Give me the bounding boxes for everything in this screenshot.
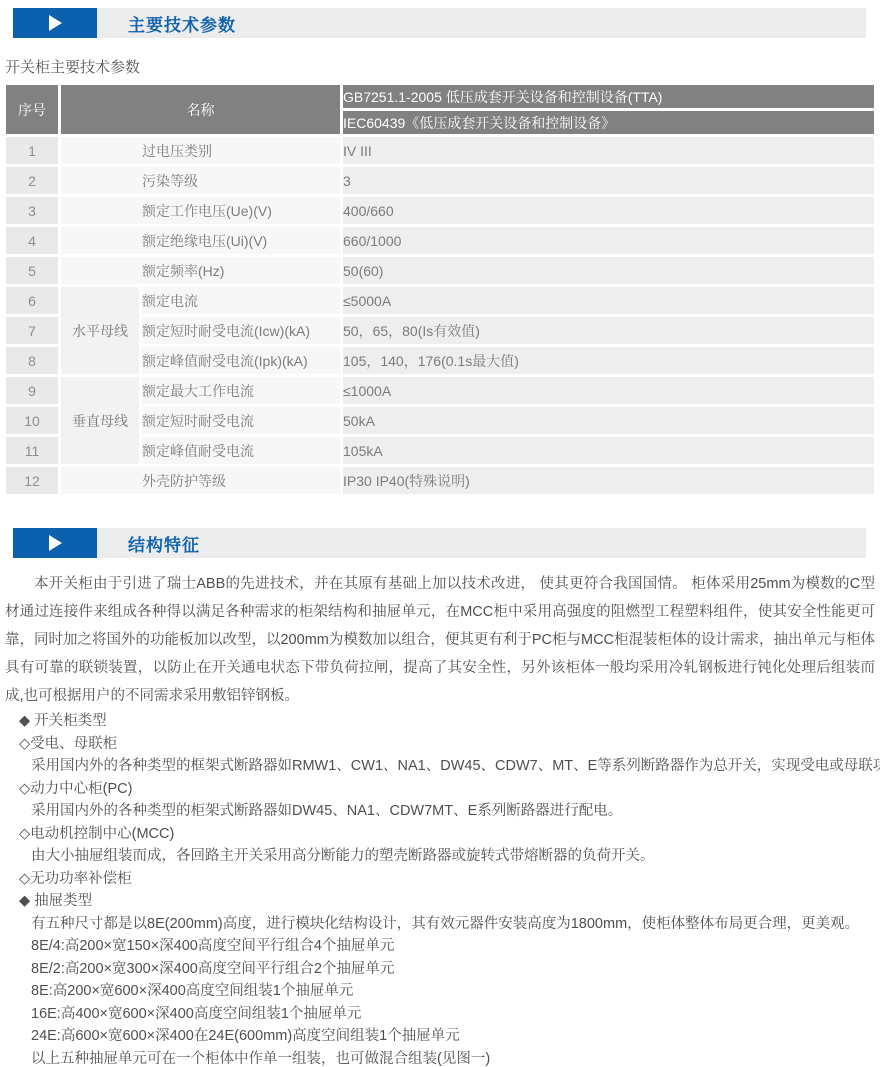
table-head: 序号 名称 GB7251.1-2005 低压成套开关设备和控制设备(TTA) I… <box>6 85 874 134</box>
table-row: 6水平母线额定电流≤5000A <box>6 287 874 314</box>
section-arrow-box <box>13 8 97 38</box>
row-serial: 6 <box>6 287 58 314</box>
table-row: 2污染等级3 <box>6 167 874 194</box>
feature-line-plain: 有五种尺寸都是以8E(200mm)高度，进行模块化结构设计，其有效元器件安装高度… <box>5 913 875 936</box>
section-title-structure: 结构特征 <box>128 531 200 556</box>
row-serial: 10 <box>6 407 58 434</box>
row-name: 污染等级 <box>61 167 340 194</box>
row-serial: 7 <box>6 317 58 344</box>
row-value: ≤5000A <box>343 287 874 314</box>
feature-line-plain: 24E:高600×宽600×深400在24E(600mm)高度空间组装1个抽屉单… <box>5 1025 875 1048</box>
row-serial: 12 <box>6 467 58 494</box>
row-value: 50(60) <box>343 257 874 284</box>
structure-features-section: 本开关柜由于引进了瑞士ABB的先进技术，并在其原有基础上加以技术改进， 使其更符… <box>5 570 875 1067</box>
row-name: 额定峰值耐受电流 <box>142 437 340 464</box>
intro-paragraph: 本开关柜由于引进了瑞士ABB的先进技术，并在其原有基础上加以技术改进， 使其更符… <box>5 570 875 710</box>
row-value: 660/1000 <box>343 227 874 254</box>
header-cell-standard-iec: IEC60439《低压成套开关设备和控制设备》 <box>343 111 874 134</box>
row-value: 400/660 <box>343 197 874 224</box>
header-cell-name: 名称 <box>61 85 340 134</box>
header-cell-serial: 序号 <box>6 85 58 134</box>
row-value: 50kA <box>343 407 874 434</box>
row-value: IP30 IP40(特殊说明) <box>343 467 874 494</box>
section-header-params: 主要技术参数 <box>13 8 866 38</box>
feature-line-plain: 16E:高400×宽600×深400高度空间组装1个抽屉单元 <box>5 1003 875 1026</box>
feature-line-bullet-solid: ◆ 开关柜类型 <box>5 710 875 733</box>
table-row: 1过电压类别IV III <box>6 137 874 164</box>
feature-line-plain: 采用国内外的各种类型的柜架式断路器如DW45、NA1、CDW7MT、E系列断路器… <box>5 800 875 823</box>
section-title-params: 主要技术参数 <box>128 11 236 36</box>
table-row: 4额定绝缘电压(Ui)(V)660/1000 <box>6 227 874 254</box>
row-name: 额定短时耐受电流(Icw)(kA) <box>142 317 340 344</box>
row-serial: 4 <box>6 227 58 254</box>
row-name: 外壳防护等级 <box>61 467 340 494</box>
table-row: 3额定工作电压(Ue)(V)400/660 <box>6 197 874 224</box>
row-name: 额定工作电压(Ue)(V) <box>61 197 340 224</box>
table-row: 12外壳防护等级IP30 IP40(特殊说明) <box>6 467 874 494</box>
row-group: 垂直母线 <box>61 377 139 464</box>
play-arrow-icon <box>49 535 62 551</box>
feature-line-bullet-solid: ◆ 抽屉类型 <box>5 890 875 913</box>
row-name: 过电压类别 <box>61 137 340 164</box>
row-name: 额定峰值耐受电流(Ipk)(kA) <box>142 347 340 374</box>
play-arrow-icon <box>49 15 62 31</box>
row-serial: 8 <box>6 347 58 374</box>
feature-line-bullet-hollow: ◇动力中心柜(PC) <box>5 778 875 801</box>
parameters-table: 序号 名称 GB7251.1-2005 低压成套开关设备和控制设备(TTA) I… <box>3 82 877 497</box>
row-value: 3 <box>343 167 874 194</box>
row-serial: 11 <box>6 437 58 464</box>
table-body: 1过电压类别IV III2污染等级33额定工作电压(Ue)(V)400/6604… <box>6 137 874 494</box>
row-name: 额定频率(Hz) <box>61 257 340 284</box>
row-value: 105，140，176(0.1s最大值) <box>343 347 874 374</box>
table-row: 9垂直母线额定最大工作电流≤1000A <box>6 377 874 404</box>
row-value: ≤1000A <box>343 377 874 404</box>
feature-line-plain: 由大小抽屉组装而成，各回路主开关采用高分断能力的塑壳断路器或旋转式带熔断器的负荷… <box>5 845 875 868</box>
row-value: 50，65，80(Is有效值) <box>343 317 874 344</box>
feature-line-bullet-hollow: ◇无功功率补偿柜 <box>5 868 875 891</box>
feature-line-plain: 以上五种抽屉单元可在一个柜体中作单一组装，也可做混合组装(见图一) <box>5 1048 875 1067</box>
row-serial: 3 <box>6 197 58 224</box>
feature-line-bullet-hollow: ◇受电、母联柜 <box>5 733 875 756</box>
row-value: 105kA <box>343 437 874 464</box>
row-name: 额定最大工作电流 <box>142 377 340 404</box>
row-serial: 5 <box>6 257 58 284</box>
section-header-structure: 结构特征 <box>13 528 866 558</box>
row-serial: 2 <box>6 167 58 194</box>
table-row: 5额定频率(Hz)50(60) <box>6 257 874 284</box>
row-value: IV III <box>343 137 874 164</box>
feature-lines: ◆ 开关柜类型◇受电、母联柜采用国内外的各种类型的框架式断路器如RMW1、CW1… <box>5 710 875 1067</box>
row-name: 额定绝缘电压(Ui)(V) <box>61 227 340 254</box>
feature-line-plain: 8E/4:高200×宽150×深400高度空间平行组合4个抽屉单元 <box>5 935 875 958</box>
header-cell-standard-gb: GB7251.1-2005 低压成套开关设备和控制设备(TTA) <box>343 85 874 108</box>
feature-line-plain: 8E:高200×宽600×深400高度空间组装1个抽屉单元 <box>5 980 875 1003</box>
row-name: 额定短时耐受电流 <box>142 407 340 434</box>
row-name: 额定电流 <box>142 287 340 314</box>
section-arrow-box <box>13 528 97 558</box>
feature-line-plain: 8E/2:高200×宽300×深400高度空间平行组合2个抽屉单元 <box>5 958 875 981</box>
table-header-row: 序号 名称 GB7251.1-2005 低压成套开关设备和控制设备(TTA) <box>6 85 874 108</box>
row-serial: 9 <box>6 377 58 404</box>
table-subtitle: 开关柜主要技术参数 <box>5 58 880 78</box>
feature-line-plain: 采用国内外的各种类型的框架式断路器如RMW1、CW1、NA1、DW45、CDW7… <box>5 755 875 778</box>
row-group: 水平母线 <box>61 287 139 374</box>
feature-line-bullet-hollow: ◇电动机控制中心(MCC) <box>5 823 875 846</box>
catalog-page: { "sections": { "params": { "title": "主要… <box>0 0 880 1067</box>
row-serial: 1 <box>6 137 58 164</box>
